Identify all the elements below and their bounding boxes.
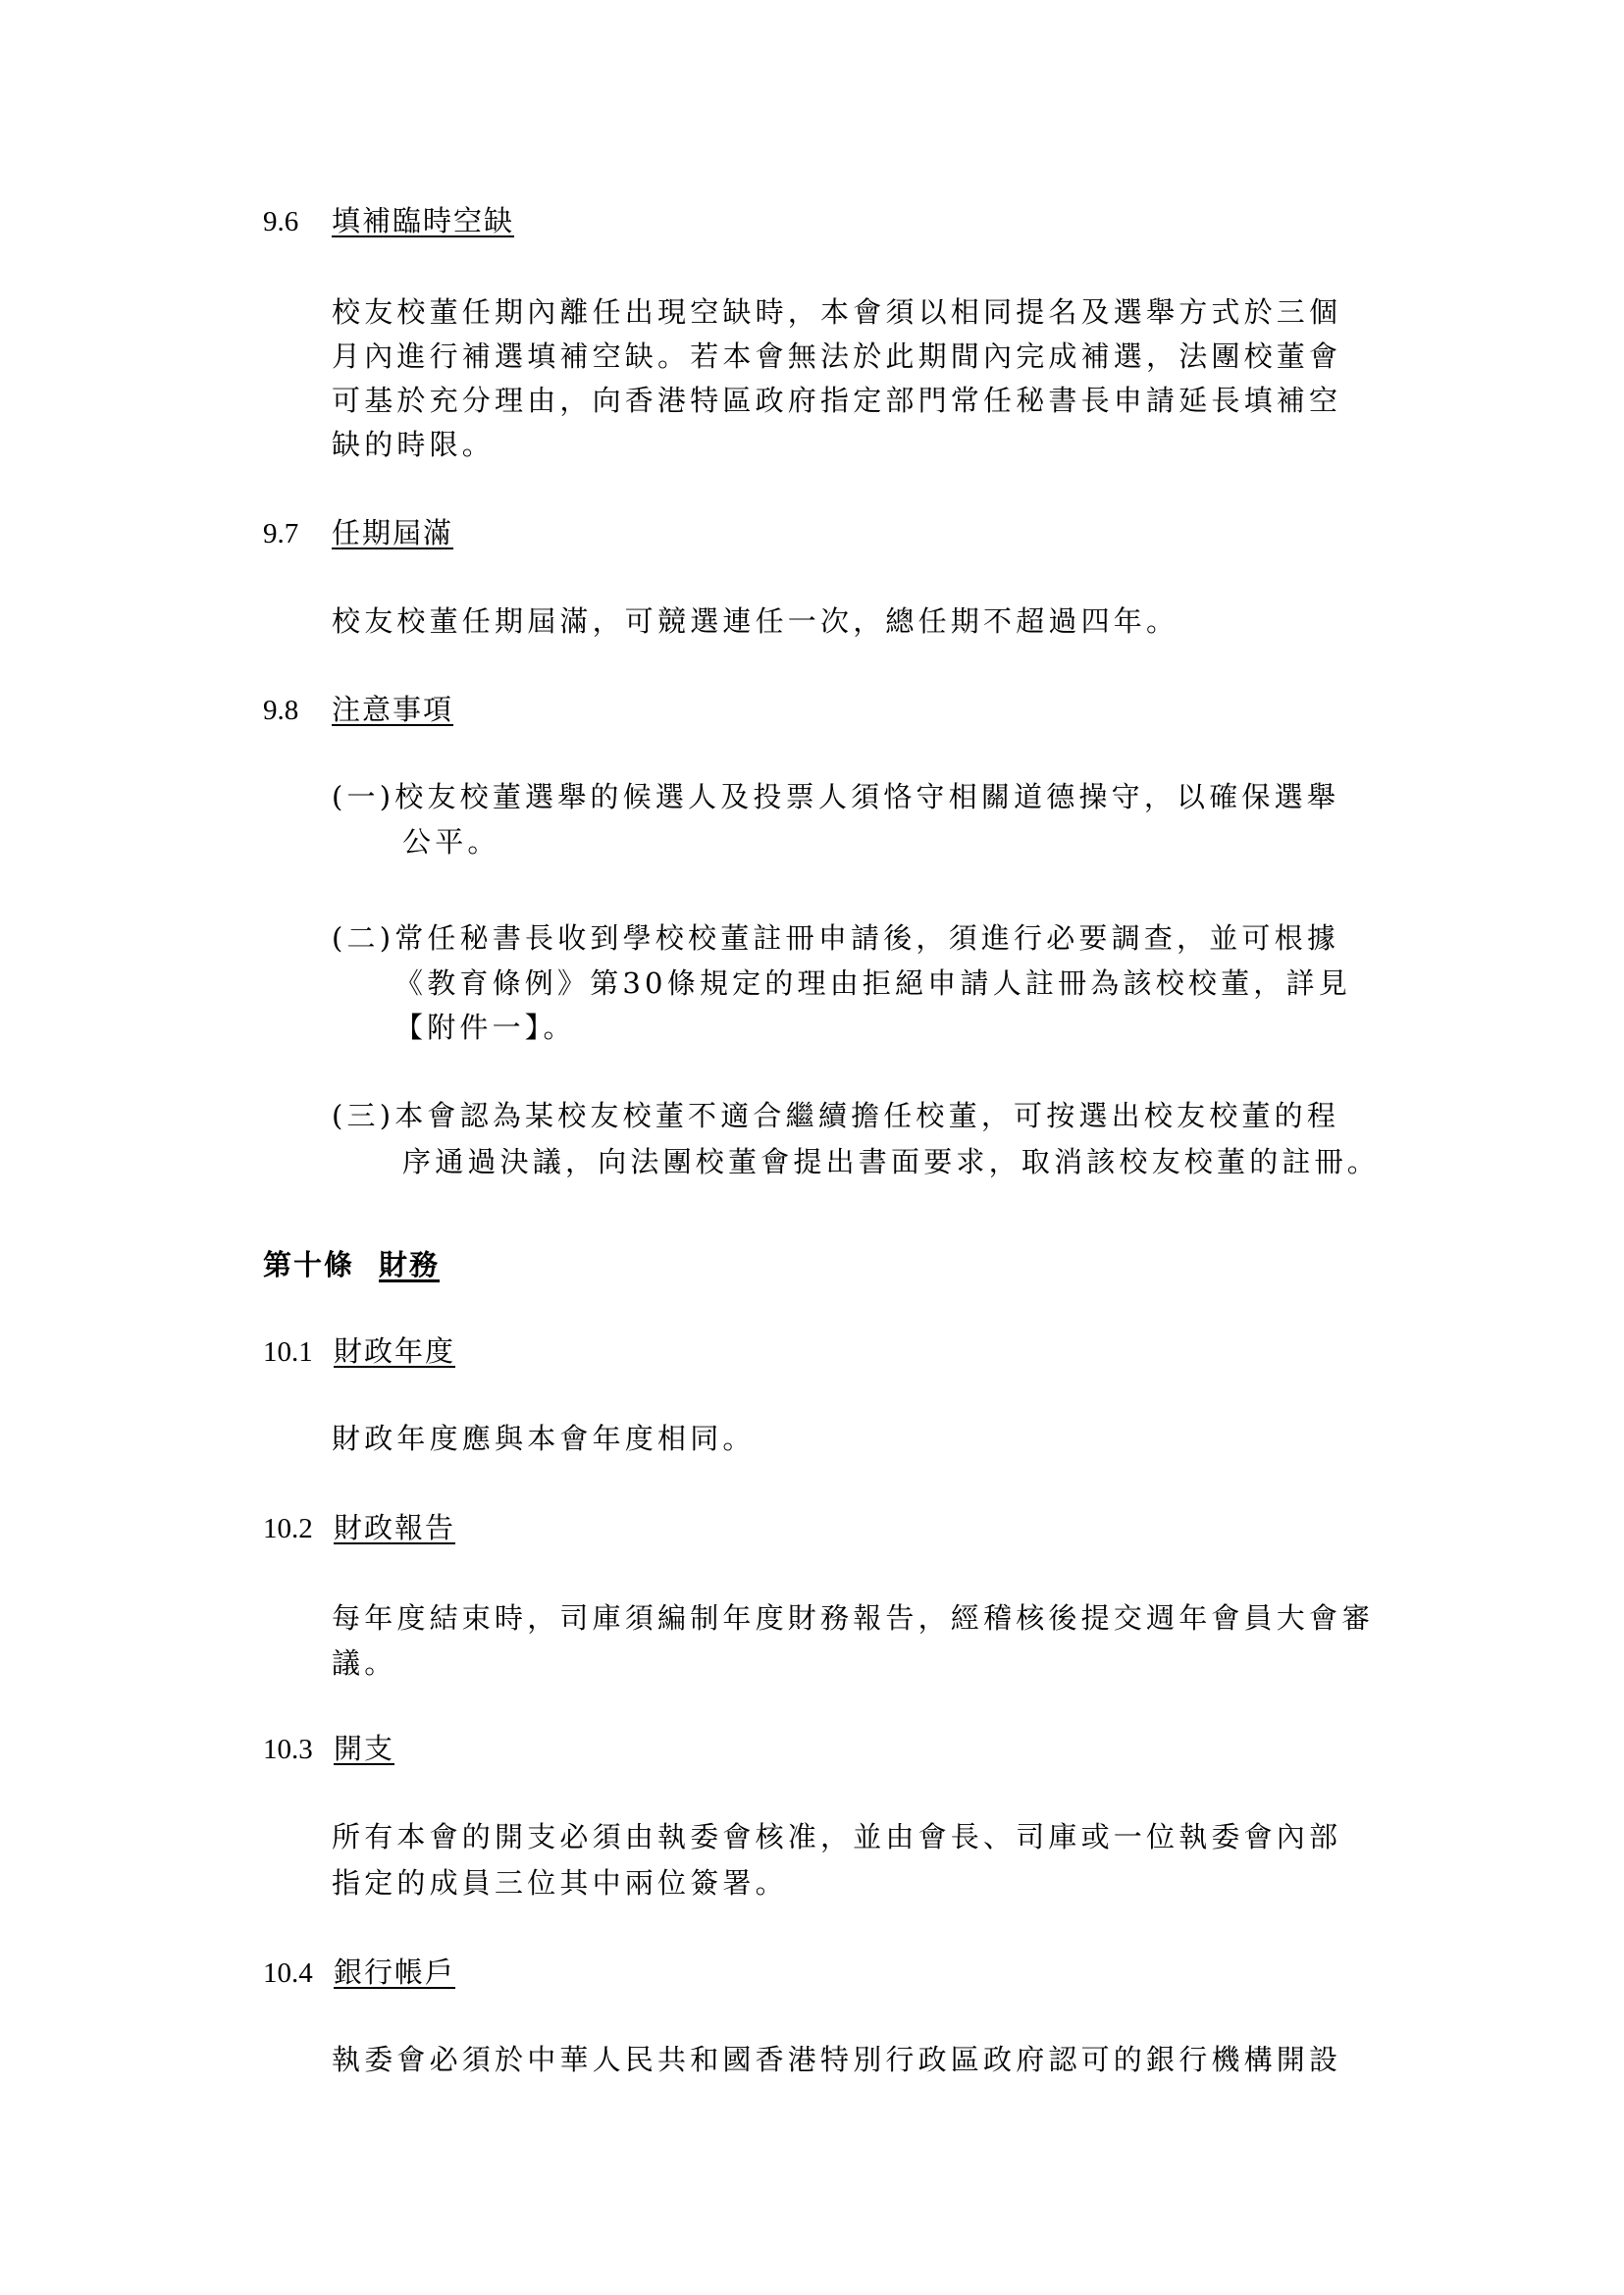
- section-title: 財政年度: [334, 1334, 455, 1368]
- section-heading-10-1: 10.1財政年度: [263, 1333, 455, 1369]
- list-item-continuation: 公平。: [402, 824, 500, 860]
- section-heading-9-8: 9.8注意事項: [263, 692, 453, 727]
- list-marker: (二): [332, 921, 394, 955]
- section-heading-9-7: 9.7任期屆滿: [263, 515, 453, 550]
- section-number: 10.2: [263, 1511, 334, 1546]
- paragraph-line: 可基於充分理由，向香港特區政府指定部門常任秘書長申請延長填補空: [332, 383, 1341, 418]
- section-title: 填補臨時空缺: [332, 204, 514, 237]
- document-page: 9.6填補臨時空缺 校友校董任期內離任出現空缺時，本會須以相同提名及選舉方式於三…: [0, 0, 1624, 2295]
- section-number: 9.8: [263, 693, 332, 728]
- article-label: 第十條: [263, 1247, 379, 1282]
- paragraph-line: 月內進行補選填補空缺。若本會無法於此期間內完成補選，法團校董會: [332, 339, 1341, 374]
- section-title: 銀行帳戶: [334, 1956, 455, 1989]
- paragraph-line: 財政年度應與本會年度相同。: [332, 1421, 756, 1456]
- section-title: 開支: [334, 1732, 394, 1765]
- list-item-1: (一)校友校董選舉的候選人及投票人須恪守相關道德操守，以確保選舉: [332, 779, 1339, 814]
- section-heading-10-4: 10.4銀行帳戶: [263, 1955, 455, 1990]
- paragraph-line: 議。: [332, 1645, 396, 1681]
- list-text: 本會認為某校友校董不適合繼續擔任校董，可按選出校友校董的程: [394, 1099, 1339, 1132]
- list-text: 常任秘書長收到學校校董註冊申請後，須進行必要調查，並可根據: [394, 921, 1339, 955]
- section-number: 9.7: [263, 516, 332, 551]
- list-item-3: (三)本會認為某校友校董不適合繼續擔任校董，可按選出校友校董的程: [332, 1098, 1339, 1133]
- section-title: 任期屆滿: [332, 516, 453, 549]
- section-heading-10-3: 10.3開支: [263, 1731, 394, 1766]
- list-text: 校友校董選舉的候選人及投票人須恪守相關道德操守，以確保選舉: [394, 780, 1339, 813]
- list-marker: (三): [332, 1099, 394, 1132]
- list-marker: (一): [332, 780, 394, 813]
- article-title: 財務: [379, 1248, 440, 1281]
- list-item-continuation: 【附件一】。: [394, 1010, 576, 1045]
- paragraph-line: 每年度結束時，司庫須編制年度財務報告，經稽核後提交週年會員大會審: [332, 1600, 1374, 1636]
- paragraph-line: 所有本會的開支必須由執委會核准，並由會長、司庫或一位執委會內部: [332, 1819, 1341, 1854]
- paragraph-line: 校友校董任期內離任出現空缺時，本會須以相同提名及選舉方式於三個: [332, 294, 1341, 330]
- paragraph-line: 指定的成員三位其中兩位簽署。: [332, 1865, 788, 1901]
- list-item-continuation: 序通過決議，向法團校董會提出書面要求，取消該校友校董的註冊。: [402, 1144, 1380, 1179]
- section-number: 9.6: [263, 204, 332, 239]
- section-number: 10.3: [263, 1732, 334, 1767]
- list-item-continuation: 《教育條例》第30條規定的理由拒絕申請人註冊為該校校董，詳見: [394, 965, 1351, 1001]
- paragraph-line: 校友校董任期屆滿，可競選連任一次，總任期不超過四年。: [332, 603, 1179, 639]
- section-heading-9-6: 9.6填補臨時空缺: [263, 203, 514, 238]
- article-heading-10: 第十條財務: [263, 1247, 440, 1282]
- paragraph-line: 執委會必須於中華人民共和國香港特別行政區政府認可的銀行機構開設: [332, 2042, 1341, 2077]
- section-heading-10-2: 10.2財政報告: [263, 1510, 455, 1545]
- section-number: 10.4: [263, 1956, 334, 1991]
- list-item-2: (二)常任秘書長收到學校校董註冊申請後，須進行必要調查，並可根據: [332, 920, 1339, 956]
- paragraph-line: 缺的時限。: [332, 427, 495, 462]
- section-title: 注意事項: [332, 693, 453, 726]
- section-title: 財政報告: [334, 1511, 455, 1544]
- section-number: 10.1: [263, 1334, 334, 1370]
